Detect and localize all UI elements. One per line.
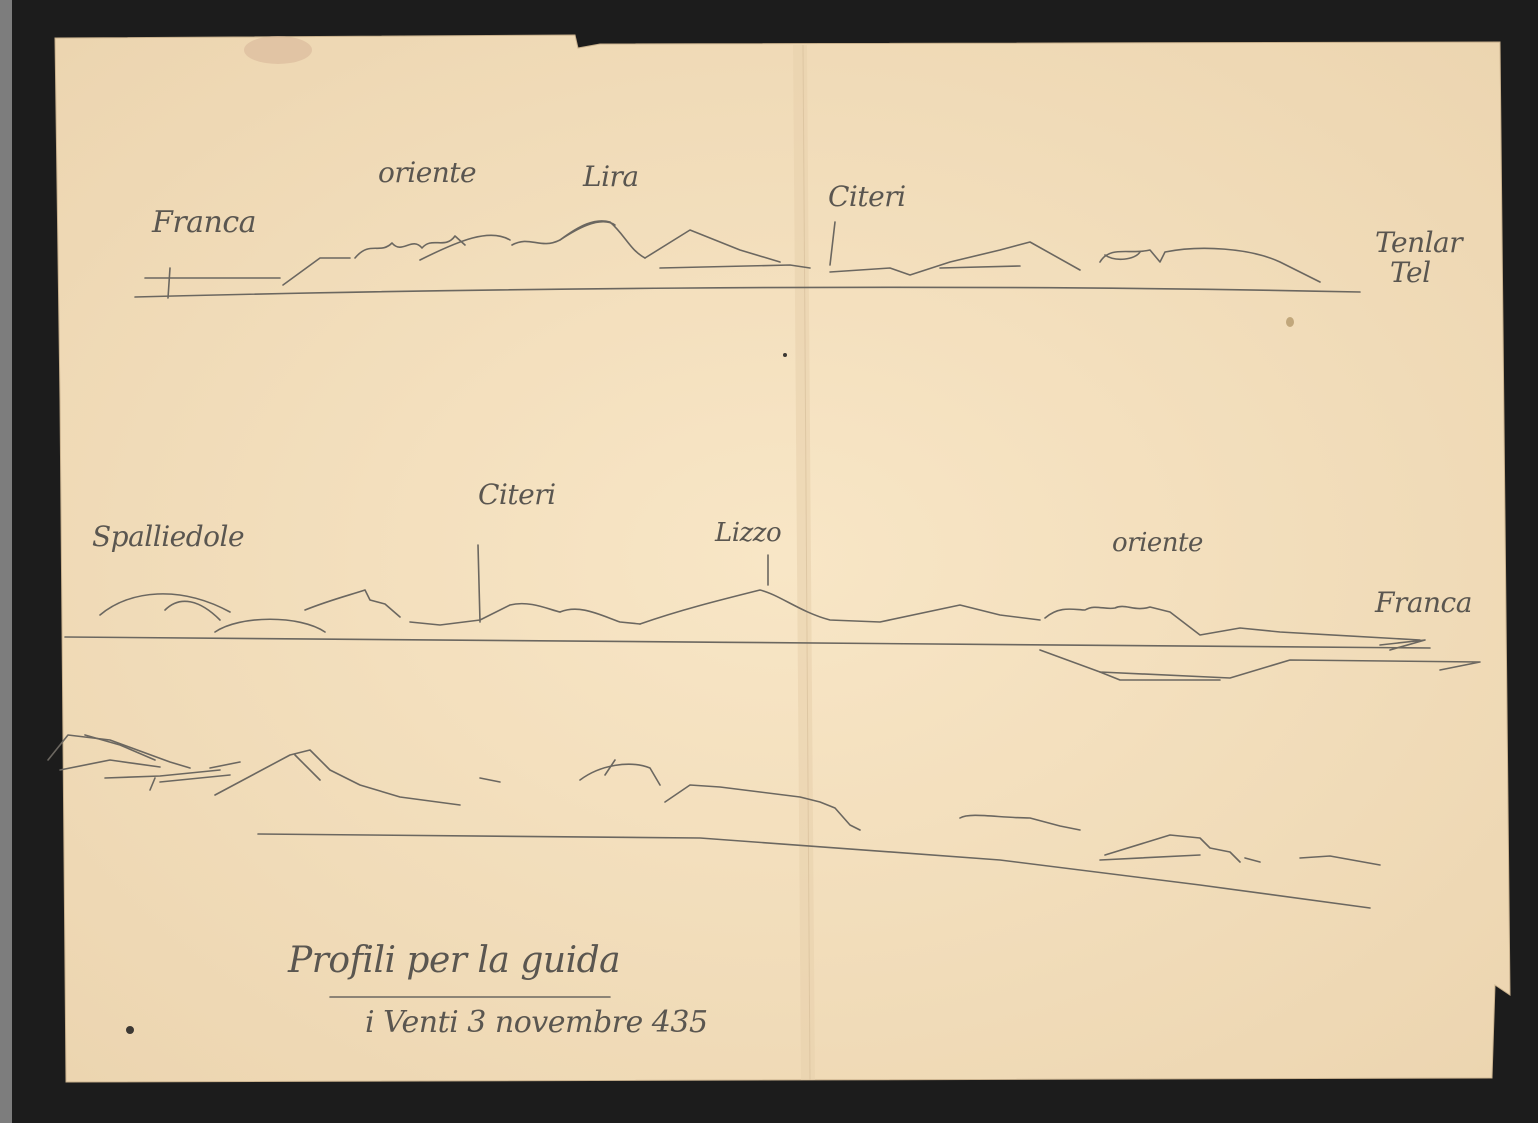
label-top-tenlar: Tenlar	[1375, 226, 1462, 259]
sketch-canvas	[0, 0, 1538, 1123]
label-mid-oriente: oriente	[1112, 528, 1203, 558]
stain	[244, 36, 312, 64]
label-mid-franca: Franca	[1375, 586, 1472, 619]
paper-shape	[55, 35, 1510, 1082]
label-mid-spalliedole: Spalliedole	[92, 520, 244, 553]
label-top-lira: Lira	[583, 160, 639, 193]
paper-sheet: Franca oriente Lira Citeri Tenlar Tel Sp…	[0, 0, 1538, 1123]
label-mid-citeri: Citeri	[478, 478, 556, 511]
label-top-citeri: Citeri	[828, 180, 906, 213]
label-top-oriente: oriente	[378, 156, 476, 189]
caption-date: i Venti 3 novembre 435	[365, 1005, 708, 1040]
label-top-tel: Tel	[1390, 256, 1431, 289]
caption-title: Profili per la guida	[288, 940, 620, 981]
label-mid-lizzo: Lizzo	[715, 518, 781, 548]
label-top-franca: Franca	[152, 205, 256, 240]
